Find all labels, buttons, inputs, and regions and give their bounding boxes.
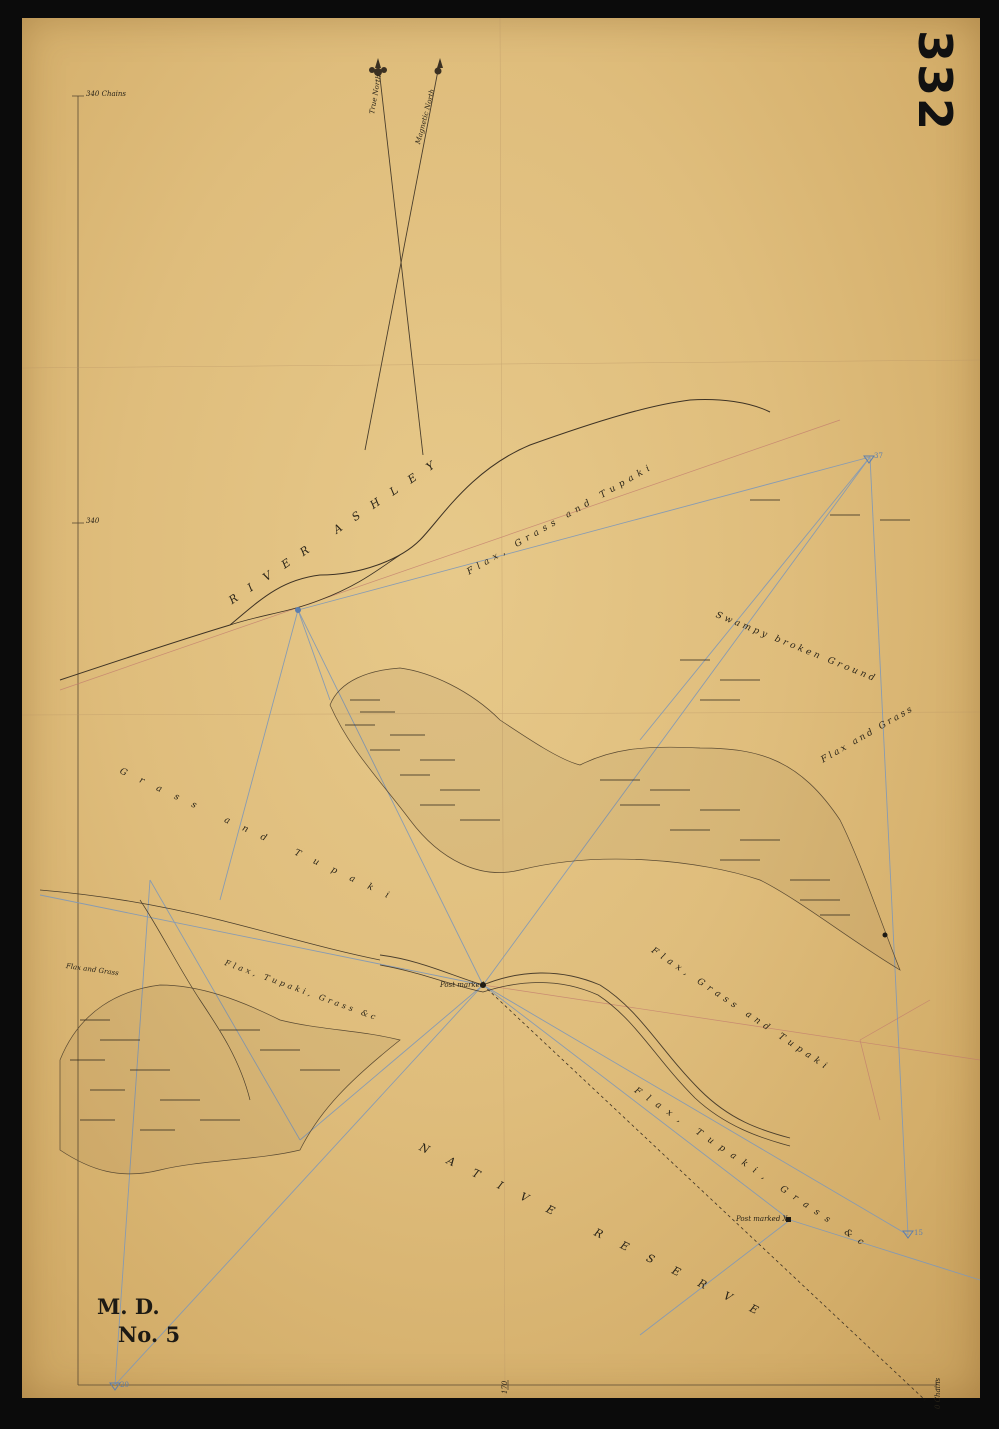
title-md: M. D. [97, 1294, 160, 1319]
scale-bottom-mid: 170 [501, 1381, 509, 1394]
title-number: No. 5 [118, 1322, 180, 1347]
station-37-label: 37 [874, 452, 883, 460]
post-marked-label: Post marked [440, 981, 484, 989]
scale-bottom-right: 0 Chains [934, 1378, 942, 1409]
river-ashley [60, 400, 770, 681]
post-marked-x-label: Post marked X [736, 1215, 788, 1223]
swamp-area-southwest [60, 985, 400, 1174]
scale-top-left: 340 Chains [86, 90, 126, 98]
scale-left-mid: 340 [86, 517, 99, 525]
fleur-de-lis-icon [369, 58, 443, 76]
station-15-label: 15 [914, 1229, 923, 1237]
survey-map [0, 0, 999, 1429]
dashed-road [483, 985, 925, 1400]
sheet-number: 332 [908, 30, 962, 132]
station-20-label: 20 [120, 1381, 129, 1389]
